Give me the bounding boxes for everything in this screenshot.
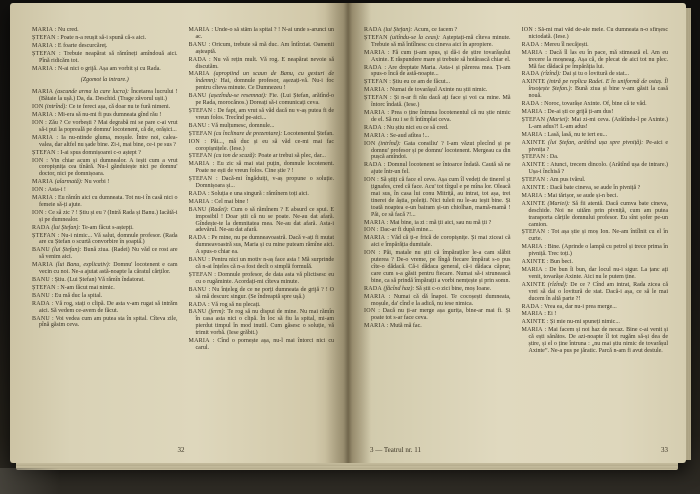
dialogue-line: MARIA : E foarte descurcăreț.	[32, 43, 178, 50]
dialogue-line: MARIA : Numai de tovarășul Axinte nu ști…	[364, 87, 511, 94]
inline-stage-direction: (rîzînd):	[540, 71, 563, 77]
inline-stage-direction: (intrînd):	[375, 141, 403, 147]
speaker-name: MARIA	[364, 235, 385, 241]
speaker-name: AXINTE	[522, 259, 546, 265]
speaker-name: ȘTEFAN	[32, 35, 56, 41]
speaker-name: ȘTEFAN	[364, 79, 388, 85]
book-page: RADA (lui Ștefan): Acum, ce facem ?ȘTEFA…	[348, 3, 686, 463]
speaker-name: ȘTEFAN	[522, 177, 546, 183]
speaker-name: MARIA	[32, 66, 53, 72]
speaker-name: BANU	[189, 93, 207, 99]
speaker-name: MARIA	[189, 161, 210, 167]
inline-stage-direction: (lui Ștefan, arătînd ușa spre pivniță):	[545, 140, 646, 146]
dialogue-line: MARIA : Lasă, lasă, nu te iert eu...	[522, 132, 669, 139]
inline-stage-direction: (lui Banu, explicativ):	[53, 262, 113, 268]
dialogue-line: MARIA : Fă cum ți-am spus, și dă-i de șt…	[364, 50, 511, 64]
dialogue-line: MARIA : Dacă îl las eu în pace, mă stime…	[522, 50, 669, 71]
speaker-name: ION	[32, 158, 43, 164]
speaker-name: BANU	[32, 316, 50, 322]
dialogue-line: ION (intrînd): Gata consiliu' ? I-am văz…	[364, 141, 511, 162]
speaker-name: MARIA	[364, 220, 385, 226]
speaker-name: MARIA	[522, 244, 543, 250]
dialogue-line: BANU (ferm): Te rog să nu dispui de mine…	[189, 309, 335, 337]
dialogue-line: MARIA : Cel mai bine !	[189, 199, 335, 206]
stage-direction: (Zgomot la intrare.)	[32, 77, 178, 84]
speaker-name: MARIA	[522, 193, 543, 199]
speaker-name: MARIA	[364, 87, 385, 93]
speaker-name: ION	[364, 250, 375, 256]
dialogue-line: ION : Să-mi mai văd de-ale mele. Cu dumn…	[522, 27, 669, 41]
speaker-name: RADA	[364, 65, 382, 71]
speaker-name: MARIA	[32, 179, 53, 185]
dialogue-line: AXINTE (intră pe replica Radei. E în uni…	[522, 79, 669, 100]
speaker-name: BANU	[189, 287, 207, 293]
speaker-name: RADA	[189, 191, 207, 197]
speaker-name: AXINTE	[522, 319, 546, 325]
speaker-name: MARIA	[32, 195, 53, 201]
dialogue-line: RADA : Nu știu nici eu ce să cred.	[364, 125, 511, 132]
dialogue-line: AXINTE : Bun beci.	[522, 259, 669, 266]
inline-stage-direction: (Radei):	[207, 207, 231, 213]
speaker-name: ION	[32, 210, 43, 216]
speaker-name: MARIA	[32, 135, 53, 141]
speaker-name: RADA	[189, 57, 207, 63]
dialogue-line: MARIA : Mai tărișor, se aude și-n beci.	[522, 193, 669, 200]
speaker-name: MARIA	[364, 110, 385, 116]
dialogue-line: RADA : Vă rog, stați o clipă. De asta v-…	[32, 301, 178, 315]
dialogue-line: BANU : Voi vedea cum am putea sta în spi…	[32, 316, 178, 330]
speaker-name: MARIA	[189, 199, 210, 205]
speaker-name: BANU	[189, 257, 207, 263]
dialogue-line: BANU : Eu mă duc la spital.	[32, 293, 178, 300]
dialogue-line: MARIA : Ia nu-ntinde gluma, moșule. Într…	[32, 135, 178, 149]
dialogue-line: AXINTE (lui Ștefan, arătînd ușa spre piv…	[522, 140, 669, 154]
speaker-name: MARIA	[364, 133, 385, 139]
dialogue-line: AXINTE (Mariei): Să fii atentă. Dacă cum…	[522, 201, 669, 229]
inline-stage-direction: (ascunde arma la care lucra):	[53, 89, 131, 95]
dialogue-line: ȘTEFAN (cu înclinare de prezentare): Loc…	[189, 131, 335, 138]
dialogue-line: RADA : Domnul locotenent se întoarce înd…	[364, 162, 511, 176]
dialogue-line: BANU : Oricum, trebuie să mă duc. Am înt…	[189, 42, 335, 56]
speaker-name: RADA	[32, 301, 50, 307]
speaker-name: BANU	[32, 293, 50, 299]
dialogue-line: BANU (lui Ștefan): Bună ziua. (Radei) Nu…	[32, 247, 178, 261]
speaker-name: AXINTE	[522, 162, 546, 168]
speaker-name: MARIA	[522, 109, 543, 115]
page-edges-bottom	[16, 463, 678, 470]
speaker-name: MARIA	[189, 71, 210, 77]
dialogue-line: ȘTEFAN (cu ton de scuză): Poate ar trebu…	[189, 153, 335, 160]
inline-stage-direction: (Mariei):	[545, 201, 572, 207]
speaker-name: RADA	[364, 125, 382, 131]
speaker-name: MARIA	[32, 112, 53, 118]
dialogue-line: ȘTEFAN : Trebuie neapărat să rămîneți am…	[32, 51, 178, 65]
speaker-name: ION	[32, 104, 43, 110]
dialogue-line: ȘTEFAN : Poate n-a reușit să-i spună că-…	[32, 35, 178, 42]
dialogue-line: MARIA : De bun îi bun, dar locul nu-i si…	[522, 267, 669, 281]
dialogue-line: ȘTEFAN (Mariei): Mai zi-mi ceva. (Arătîn…	[522, 117, 669, 131]
dialogue-line: ȘTEFAN : Tot așa știe și moș Ion. Ne-am …	[522, 229, 669, 243]
inline-stage-direction: (cu înclinare de prezentare):	[212, 131, 283, 137]
inline-stage-direction: (intră pe replica Radei. E în uniformă d…	[529, 79, 669, 92]
speaker-name: ION	[32, 120, 43, 126]
speaker-name: MARIA	[189, 27, 210, 33]
dialogue-line: MARIA : Eu zic să mai stai puțin, domnul…	[189, 161, 335, 175]
speaker-name: RADA	[522, 42, 540, 48]
book-spread: MARIA : Nu cred.ȘTEFAN : Poate n-a reuși…	[10, 3, 686, 463]
speaker-name: ȘTEFAN	[189, 153, 213, 159]
inline-stage-direction: (uitîndu-se la ceas):	[388, 35, 443, 41]
speaker-name: MARIA	[32, 27, 53, 33]
speaker-name: BANU	[32, 247, 50, 253]
speaker-name: ȘTEFAN	[189, 108, 213, 114]
speaker-name: ȘTEFAN	[32, 285, 56, 291]
speaker-name: MARIA	[522, 50, 543, 56]
dialogue-line: RADA : Are dreptate Maria. Asta-i și păr…	[364, 65, 511, 79]
dialogue-line: ION : Zău ? Ce vorbești ? Mai degrabă mi…	[32, 120, 178, 134]
dialogue-line: MARIA : Eu rămîn aici cu dumneata. Tot n…	[32, 195, 178, 209]
dialogue-line: ION : Vin chiar acum și dumnealor. A ieș…	[32, 158, 178, 179]
speaker-name: ȘTEFAN	[522, 154, 546, 160]
speaker-name: RADA	[522, 304, 540, 310]
speaker-name: BANU	[32, 277, 50, 283]
speaker-name: ȘTEFAN	[32, 233, 56, 239]
inline-stage-direction: (Mariei):	[545, 117, 571, 123]
dialogue-line: ȘTEFAN : Și n-ar fi rău dacă ați face și…	[364, 95, 511, 109]
book-page: MARIA : Nu cred.ȘTEFAN : Poate n-a reuși…	[10, 3, 348, 463]
speaker-name: RADA	[189, 235, 207, 241]
dialogue-line: MARIA : Văd că ți-e frică de coropișnițe…	[364, 235, 511, 249]
dialogue-line: BANU : Nu înțeleg de ce ne porți dumneat…	[189, 287, 335, 301]
inline-stage-direction: (cu ton de scuză):	[212, 153, 258, 159]
speaker-name: MARIA	[364, 50, 385, 56]
speaker-name: ȘTEFAN	[189, 272, 213, 278]
dialogue-line: MARIA : Ei !	[522, 311, 669, 318]
dialogue-line: MARIA : Numai că dă înapoi. Te cocoșești…	[364, 294, 511, 308]
dialogue-line: AXINTE : Atunci, trecem dincolo. (Arătîn…	[522, 162, 669, 176]
speaker-name: ȘTEFAN	[189, 131, 213, 137]
dialogue-line: ȘTEFAN : Domnule profesor, de data asta …	[189, 272, 335, 286]
dialogue-line: MARIA : Unde-o să stăm la spital ? ! N-a…	[189, 27, 335, 41]
dialogue-line: BANU : Vă mulțumesc, domnule...	[189, 123, 335, 130]
dialogue-line: MARIA : Bine. (Aprinde o lampă cu petrol…	[522, 244, 669, 258]
speaker-name: AXINTE	[522, 185, 546, 191]
dialogue-line: MARIA : Mai bine, ia zi : mă ții aici, s…	[364, 220, 511, 227]
dialogue-line: MARIA : Mi-era să nu-mi fi pus dumneata …	[32, 112, 178, 119]
speaker-name: RADA	[364, 27, 382, 33]
speaker-name: ȘTEFAN	[364, 95, 388, 101]
speaker-name: RADA	[364, 162, 382, 168]
dialogue-line: ȘTEFAN : Da.	[522, 154, 669, 161]
dialogue-line: ION (intrînd): Ce te fereci așa, că doar…	[32, 104, 178, 111]
dialogue-line: BANU : Știu. (Lui Ștefan) Vă rămîn îndat…	[32, 277, 178, 284]
dialogue-line: RADA : Vă rog să nu plecați.	[189, 302, 335, 309]
dialogue-line: ȘTEFAN : Știu eu ce am de făcut...	[364, 79, 511, 86]
dialogue-line: MARIA : Cînd o pornește așa, nu-l mai în…	[189, 338, 335, 352]
speaker-name: AXINTE	[522, 140, 546, 146]
dialogue-line: RADA (lui Ștefan): Te-am făcut s-aștepți…	[32, 225, 178, 232]
speaker-name: ION	[189, 139, 200, 145]
inline-stage-direction: (apropiind un scaun de Banu, cu gesturi …	[196, 71, 335, 84]
speaker-name: AXINTE	[522, 282, 546, 288]
speaker-name: MARIA	[364, 323, 385, 329]
dialogue-line: RADA : Nu vă rețin mult. Vă rog. E neapă…	[189, 57, 335, 71]
speaker-name: ION	[364, 227, 375, 233]
dialogue-line: ION : Să știți că face el ceva. Așa cum …	[364, 177, 511, 218]
dialogue-line: ȘTEFAN : Nu-i nimic... Vă salut, domnule…	[32, 233, 178, 247]
speaker-name: AXINTE	[522, 79, 546, 85]
speaker-name: MARIA	[32, 89, 53, 95]
speaker-name: BANU	[189, 123, 207, 129]
dialogue-line: RADA (rîzînd): Dai și tu o lovitură de s…	[522, 71, 669, 78]
dialogue-line: AXINTE : Dacă bate cineva, se aude în pi…	[522, 185, 669, 192]
dialogue-line: MARIA (alarmată): Nu vorbi !	[32, 179, 178, 186]
dialogue-line: ȘTEFAN : N-am făcut mai nimic.	[32, 285, 178, 292]
dialogue-line: ȘTEFAN : Dacă-mi îngăduiți, v-aș propune…	[189, 176, 335, 190]
inline-stage-direction: (ferm):	[207, 309, 228, 315]
photo-background: MARIA : Nu cred.ȘTEFAN : Poate n-a reuși…	[0, 0, 700, 494]
page-number: 32	[178, 446, 185, 454]
speaker-name: ION	[364, 141, 375, 147]
page-edges-right	[686, 8, 691, 460]
speaker-name: ION	[522, 27, 533, 33]
dialogue-line: RADA : Noroc, tovarășe Axinte. Of, bine …	[522, 101, 669, 108]
speaker-name: ȘTEFAN	[522, 117, 546, 123]
dialogue-line: AXINTE (rîzînd): De ce ? Cînd am intrat,…	[522, 282, 669, 303]
dialogue-line: MARIA : N-ai nici o grijă. Așa am vorbit…	[32, 66, 178, 73]
speaker-name: MARIA	[522, 267, 543, 273]
speaker-name: ȘTEFAN	[189, 176, 213, 182]
dialogue-line: BANU : Pentru nici un motiv n-aș face as…	[189, 257, 335, 271]
dialogue-line: MARIA (lui Banu, explicativ): Domnu' loc…	[32, 262, 178, 276]
dialogue-line: RADA (lui Ștefan): Acum, ce facem ?	[364, 27, 511, 34]
text-column: MARIA : Unde-o să stăm la spital ? ! N-a…	[189, 27, 335, 441]
speaker-name: MARIA	[522, 132, 543, 138]
dialogue-line: RADA : Soluția e una singură : rămînem t…	[189, 191, 335, 198]
speaker-name: MARIA	[189, 338, 210, 344]
table-surface-highlight	[0, 468, 60, 494]
dialogue-line: MARIA : Mai facem și noi haz de necaz. B…	[522, 327, 669, 355]
speaker-name: ȘTEFAN	[32, 51, 56, 57]
speaker-name: MARIA	[522, 327, 543, 333]
speaker-name: ION	[32, 187, 43, 193]
dialogue-line: RADA (făcînd haz): Să știi c-o zici bine…	[364, 286, 511, 293]
dialogue-line: ȘTEFAN : De fapt, am vrut să văd dacă nu…	[189, 108, 335, 122]
speaker-name: ION	[364, 177, 375, 183]
inline-stage-direction: (lui Ștefan):	[50, 225, 82, 231]
text-column: MARIA : Nu cred.ȘTEFAN : Poate n-a reuși…	[32, 27, 178, 441]
inline-stage-direction: (lui Ștefan):	[382, 27, 414, 33]
dialogue-line: ION : Dac-ar fi după mine...	[364, 227, 511, 234]
dialogue-line: MARIA : Mută mă fac.	[364, 323, 511, 330]
dialogue-line: ION : Păi..., mă duc și eu să văd ce-mi …	[189, 139, 335, 153]
speaker-name: BANU	[189, 207, 207, 213]
dialogue-line: ION : Dacă nu ți-ar merge așa gurița, bi…	[364, 308, 511, 322]
inline-stage-direction: (făcînd haz):	[382, 286, 416, 292]
dialogue-line: MARIA : De-ai ști ce grijă ți-am dus!	[522, 109, 669, 116]
speaker-name: RADA	[364, 286, 382, 292]
dialogue-line: RADA : Vrea ea, dar nu-i prea merge...	[522, 304, 669, 311]
dialogue-line: MARIA (ascunde arma la care lucra): Înce…	[32, 89, 178, 103]
inline-stage-direction: (alarmată):	[53, 179, 84, 185]
dialogue-line: MARIA (apropiind un scaun de Banu, cu ge…	[189, 71, 335, 92]
speaker-name: MARIA	[364, 294, 385, 300]
dialogue-line: MARIA : Prea o ține întruna locotenentul…	[364, 110, 511, 124]
dialogue-line: ION : Păi, matale nu știi că împăraților…	[364, 250, 511, 285]
speaker-name: MARIA	[522, 311, 543, 317]
speaker-name: MARIA	[32, 262, 53, 268]
speaker-name: ȘTEFAN	[32, 150, 56, 156]
dialogue-line: RADA : Mereu îl necăjești.	[522, 42, 669, 49]
inline-stage-direction: (rîzînd):	[545, 282, 570, 288]
inline-stage-direction: (așezîndu-se resemnat):	[207, 93, 270, 99]
page-number: 33	[661, 446, 668, 454]
speaker-name: AXINTE	[522, 201, 546, 207]
dialogue-line: ION : Asta-i !	[32, 187, 178, 194]
inline-stage-direction: (intrînd):	[43, 104, 68, 110]
inline-stage-direction: (lui Ștefan):	[50, 247, 83, 253]
speaker-name: BANU	[189, 42, 207, 48]
page-footer-text: 3 — Teatrul nr. 11	[370, 446, 421, 454]
speaker-name: ION	[364, 308, 375, 314]
dialogue-line: BANU (așezîndu-se resemnat): Fie. (Lui Ș…	[189, 93, 335, 107]
speaker-name: RADA	[522, 71, 540, 77]
dialogue-line: AXINTE : Și mie nu-mi spuneți nimic...	[522, 319, 669, 326]
dialogue-line: ION : Ce să zic ? ! Știu și eu ? (Intră …	[32, 210, 178, 224]
dialogue-line: MARIA : Se-aud atîtea !...	[364, 133, 511, 140]
dialogue-line: ȘTEFAN : I-ai spus domnișoarei c-o aștep…	[32, 150, 178, 157]
dialogue-line: RADA : Pe mine, nu pe dumneavoastră. Dac…	[189, 235, 335, 256]
dialogue-line: BANU (Radei): Cum o să rămînem ? E absur…	[189, 207, 335, 235]
speaker-name: MARIA	[32, 43, 53, 49]
speaker-name: RADA	[522, 101, 540, 107]
text-column: RADA (lui Ștefan): Acum, ce facem ?ȘTEFA…	[364, 27, 511, 441]
speaker-name: RADA	[32, 225, 50, 231]
speaker-name: BANU	[189, 309, 207, 315]
dialogue-line: ȘTEFAN : Am pus ivărul.	[522, 177, 669, 184]
speaker-name: ȘTEFAN	[364, 35, 388, 41]
dialogue-line: MARIA : Nu cred.	[32, 27, 178, 34]
speaker-name: ȘTEFAN	[522, 229, 546, 235]
text-column: ION : Să-mi mai văd de-ale mele. Cu dumn…	[522, 27, 669, 441]
speaker-name: RADA	[189, 302, 207, 308]
dialogue-line: ȘTEFAN (uitîndu-se la ceas): Așteptați-m…	[364, 35, 511, 49]
